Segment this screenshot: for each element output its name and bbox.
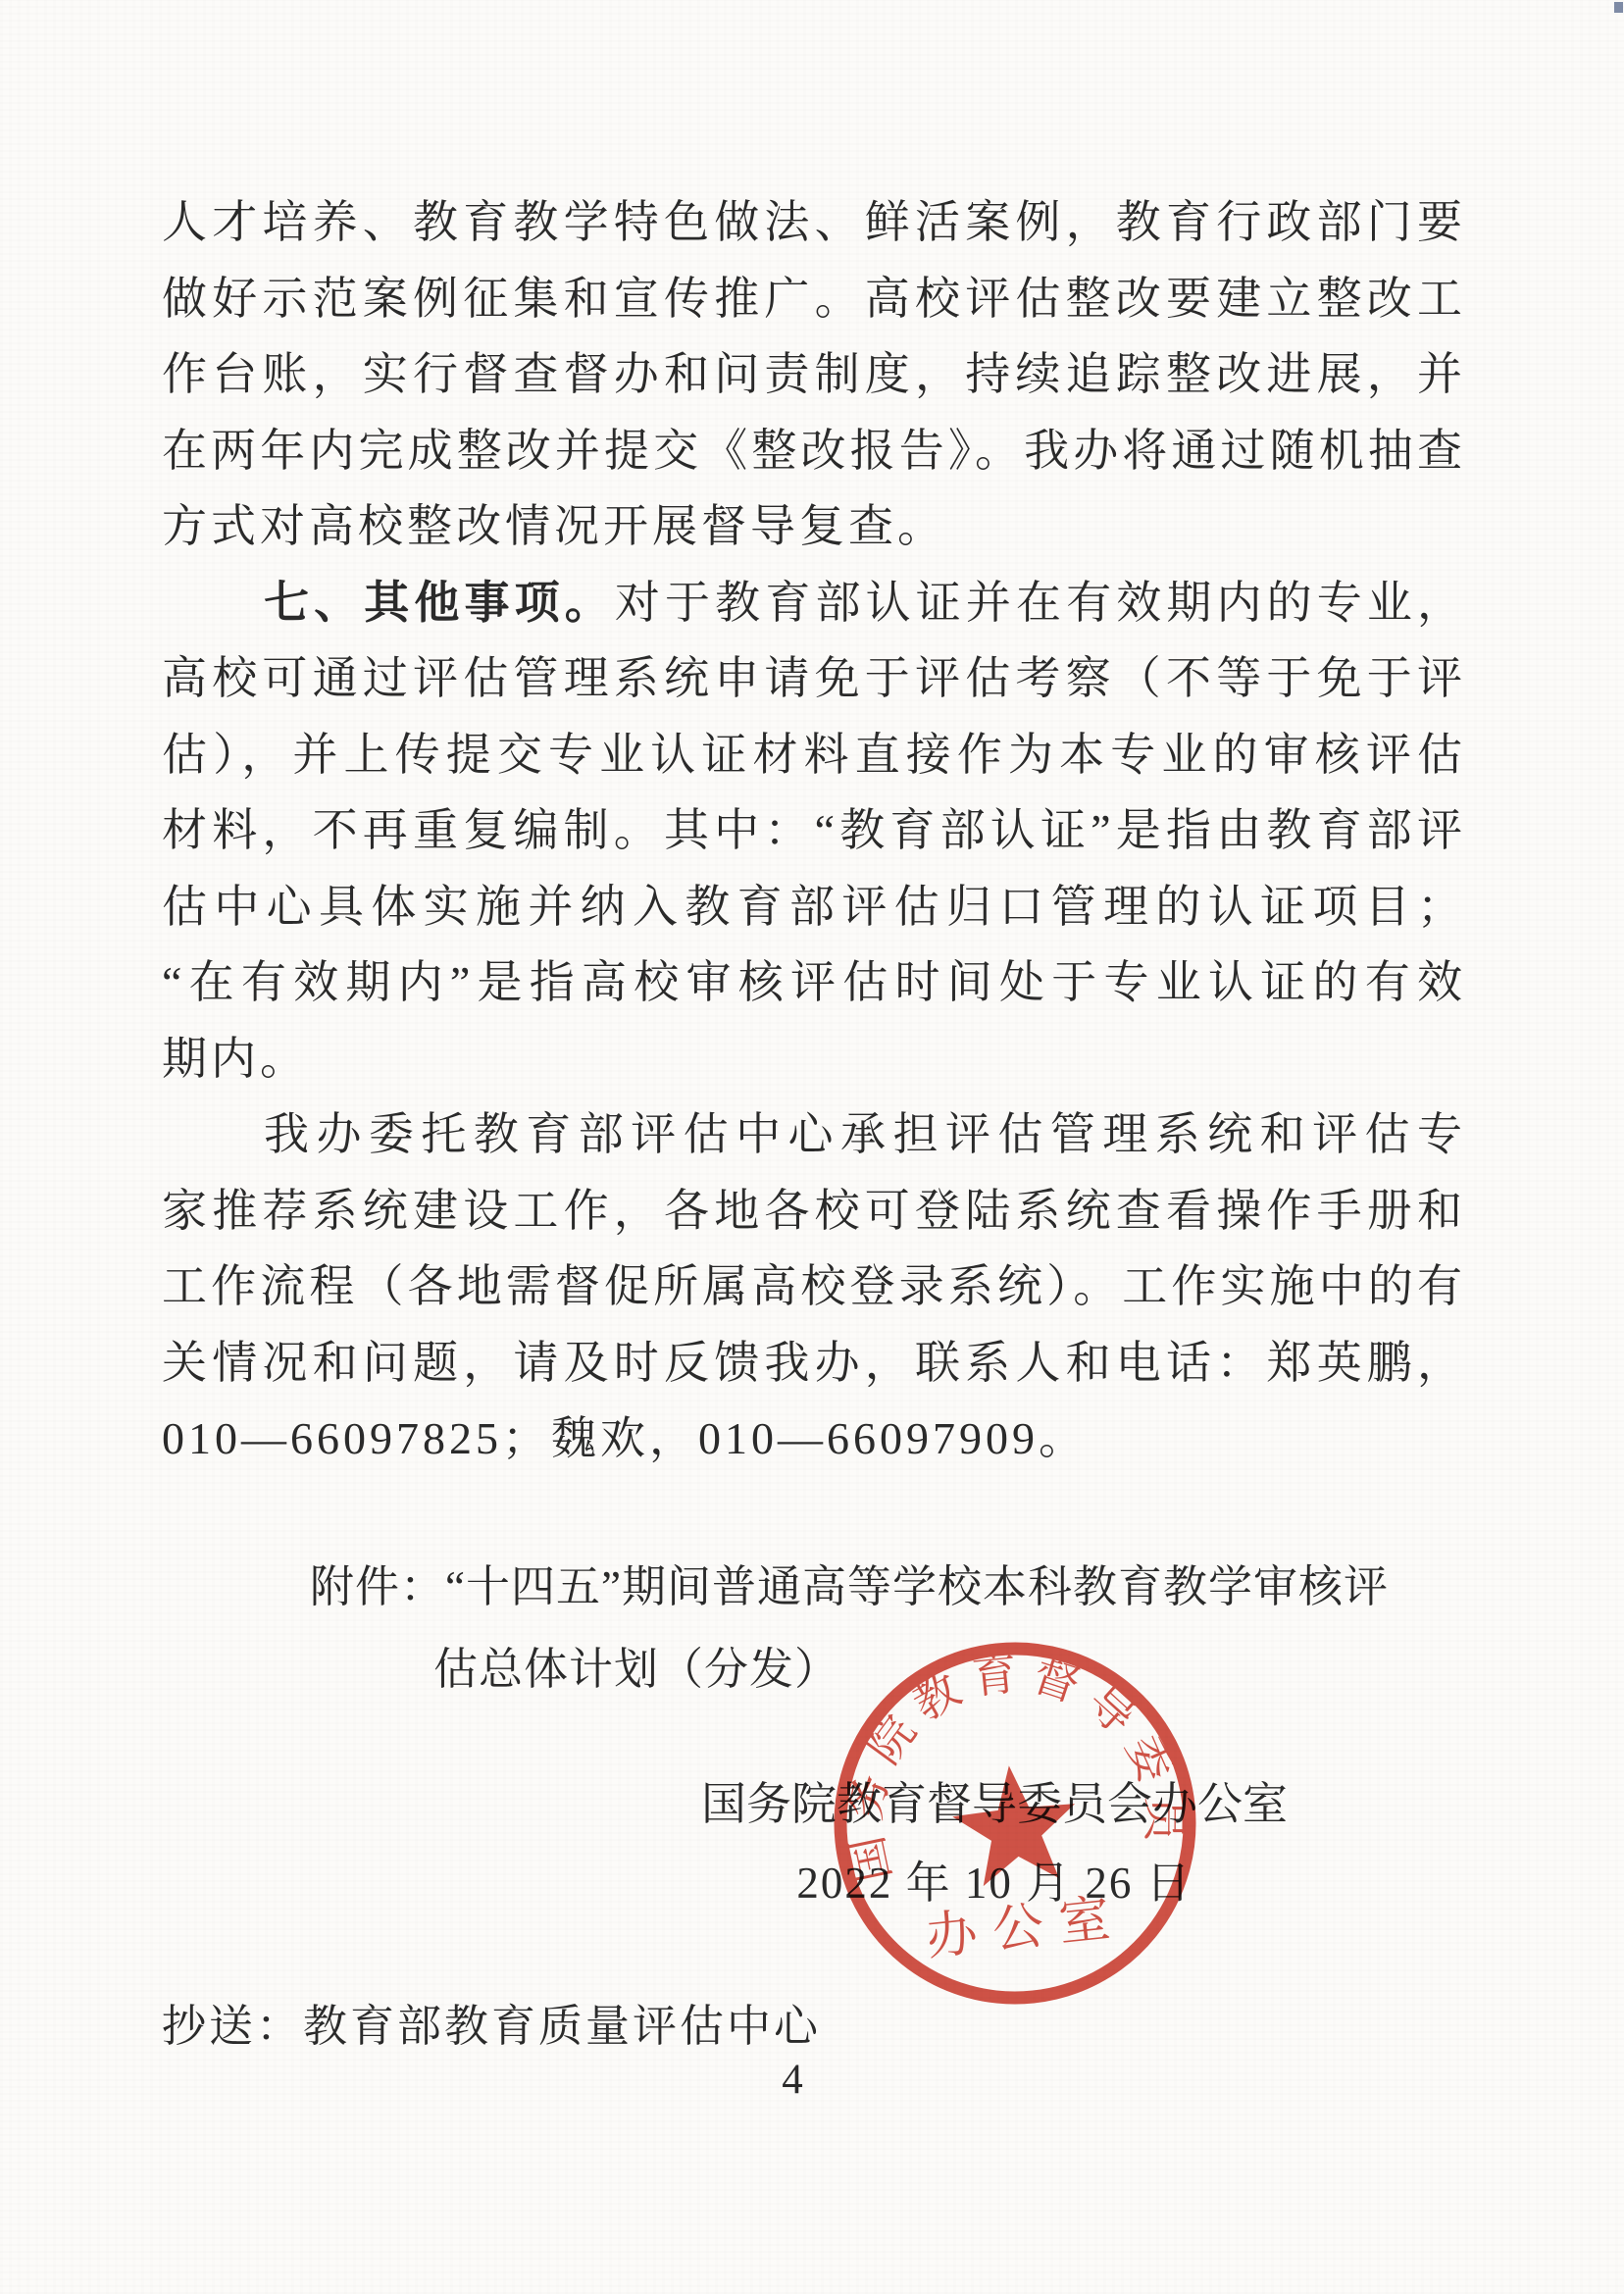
letter-body: 人才培养、教育教学特色做法、鲜活案例，教育行政部门要 做好示范案例征集和宣传推广… <box>162 184 1466 1477</box>
document-page: 人才培养、教育教学特色做法、鲜活案例，教育行政部门要 做好示范案例征集和宣传推广… <box>0 0 1624 2294</box>
body-line: 材料，不再重复编制。其中：“教育部认证”是指由教育部评 <box>162 792 1466 869</box>
body-line: 做好示范案例征集和宣传推广。高校评估整改要建立整改工 <box>162 261 1466 337</box>
body-line: 在两年内完成整改并提交《整改报告》。我办将通过随机抽查 <box>162 413 1466 489</box>
body-line: 方式对高校整改情况开展督导复查。 <box>162 488 1466 565</box>
body-line: “在有效期内”是指高校审核评估时间处于专业认证的有效 <box>162 944 1466 1021</box>
body-line: 作台账，实行督查督办和问责制度，持续追踪整改进展，并 <box>162 336 1466 413</box>
attachment-line: 附件：“十四五”期间普通高等学校本科教育教学审核评 <box>310 1546 1389 1628</box>
body-line: 关情况和问题，请及时反馈我办，联系人和电话：郑英鹏， <box>162 1325 1466 1402</box>
body-line: 我办委托教育部评估中心承担评估管理系统和评估专 <box>162 1096 1466 1173</box>
body-line: 估中心具体实施并纳入教育部评估归口管理的认证项目； <box>162 869 1466 945</box>
section-7-line: 七、其他事项。对于教育部认证并在有效期内的专业， <box>162 565 1466 641</box>
issue-date: 2022 年 10 月 26 日 <box>700 1844 1289 1922</box>
contact-phone-line: 010—66097825；魏欢，010—66097909。 <box>162 1401 1466 1477</box>
issuing-office: 国务院教育督导委员会办公室 <box>700 1765 1289 1844</box>
section-7-heading: 七、其他事项。 <box>264 577 615 628</box>
body-line: 家推荐系统建设工作，各地各校可登陆系统查看操作手册和 <box>162 1173 1466 1249</box>
body-line: 工作流程（各地需督促所属高校登录系统）。工作实施中的有 <box>162 1249 1466 1325</box>
body-line: 人才培养、教育教学特色做法、鲜活案例，教育行政部门要 <box>162 184 1466 261</box>
attachment-block: 附件：“十四五”期间普通高等学校本科教育教学审核评 估总体计划（分发） <box>310 1546 1389 1710</box>
attachment-line: 估总体计划（分发） <box>310 1628 1389 1710</box>
section-7-rest: 对于教育部认证并在有效期内的专业， <box>615 578 1466 628</box>
cc-line: 抄送：教育部教育质量评估中心 <box>162 1999 821 2054</box>
body-line: 估），并上传提交专业认证材料直接作为本专业的审核评估 <box>162 717 1466 793</box>
body-line: 期内。 <box>162 1021 1466 1097</box>
page-number: 4 <box>0 2056 1585 2105</box>
scan-artifact <box>1614 2 1623 13</box>
signature-block: 国务院教育督导委员会办公室 2022 年 10 月 26 日 <box>700 1765 1289 1922</box>
body-line: 高校可通过评估管理系统申请免于评估考察（不等于免于评 <box>162 640 1466 717</box>
